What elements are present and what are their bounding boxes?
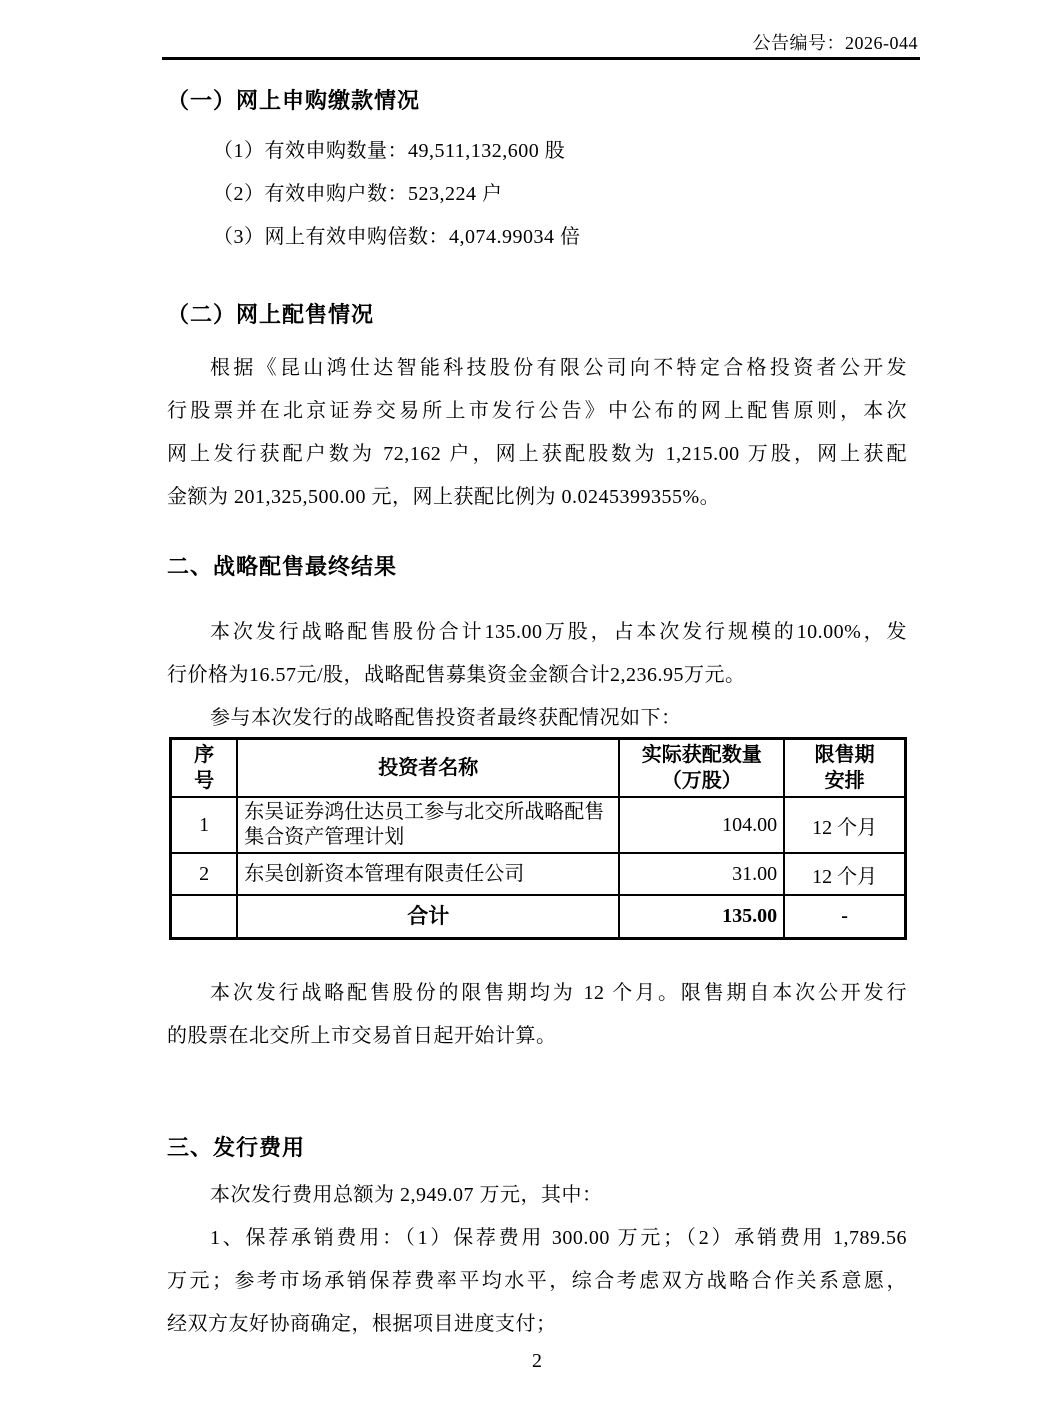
paragraph-line: 行股票并在北京证券交易所上市发行公告》中公布的网上配售原则，本次 (167, 390, 907, 433)
paragraph-line: 本次发行战略配售股份的限售期均为 12 个月。限售期自本次公开发行 (167, 972, 907, 1015)
table-header-row: 序 号 投资者名称 实际获配数量 （万股） 限售期 安排 (171, 739, 906, 798)
cell-lockup: 12 个月 (784, 853, 905, 895)
paragraph-line: 的股票在北交所上市交易首日起开始计算。 (167, 1015, 907, 1058)
paragraph-line: 网上发行获配户数为 72,162 户，网上获配股数为 1,215.00 万股，网… (167, 433, 907, 476)
cell-no: 1 (171, 797, 238, 853)
col-header-allocated-qty: 实际获配数量 （万股） (619, 739, 784, 798)
table-intro-line: 参与本次发行的战略配售投资者最终获配情况如下： (167, 697, 907, 740)
paragraph-line: 本次发行战略配售股份合计135.00万股，占本次发行规模的10.00%，发 (167, 611, 907, 654)
col-header-investor-name: 投资者名称 (237, 739, 619, 798)
section-3-paragraph-2: 本次发行战略配售股份的限售期均为 12 个月。限售期自本次公开发行 的股票在北交… (167, 972, 907, 1058)
list-item: （3）网上有效申购倍数：4,074.99034 倍 (167, 216, 907, 259)
cell-investor-name: 东吴证券鸿仕达员工参与北交所战略配售集合资产管理计划 (237, 797, 619, 853)
table-row: 2 东吴创新资本管理有限责任公司 31.00 12 个月 (171, 853, 906, 895)
paragraph-line: 1、保荐承销费用：（1）保荐费用 300.00 万元；（2）承销费用 1,789… (167, 1217, 907, 1260)
cell-total-lockup: - (784, 895, 905, 938)
table-total-row: 合计 135.00 - (171, 895, 906, 938)
cell-lockup: 12 个月 (784, 797, 905, 853)
section-2-heading: （二）网上配售情况 (167, 301, 907, 328)
cell-total-qty: 135.00 (619, 895, 784, 938)
paragraph-line: 万元；参考市场承销保荐费率平均水平，综合考虑双方战略合作关系意愿， (167, 1260, 907, 1303)
paragraph-line: 行价格为16.57元/股，战略配售募集资金金额合计2,236.95万元。 (167, 654, 907, 697)
section-4-paragraph: 本次发行费用总额为 2,949.07 万元，其中： 1、保荐承销费用：（1）保荐… (167, 1174, 907, 1346)
cell-allocated-qty: 104.00 (619, 797, 784, 853)
cell-no (171, 895, 238, 938)
table-row: 1 东吴证券鸿仕达员工参与北交所战略配售集合资产管理计划 104.00 12 个… (171, 797, 906, 853)
paragraph-line: 本次发行费用总额为 2,949.07 万元，其中： (167, 1174, 907, 1217)
list-item: （2）有效申购户数：523,224 户 (167, 173, 907, 216)
paragraph-line: 金额为 201,325,500.00 元，网上获配比例为 0.024539935… (167, 476, 907, 519)
page-number: 2 (167, 1348, 907, 1374)
paragraph-line: 根据《昆山鸿仕达智能科技股份有限公司向不特定合格投资者公开发 (167, 347, 907, 390)
header-rule (162, 57, 920, 60)
paragraph-line: 经双方友好协商确定，根据项目进度支付； (167, 1303, 907, 1346)
col-header-no: 序 号 (171, 739, 238, 798)
cell-total-label: 合计 (237, 895, 619, 938)
section-3-paragraph-1: 本次发行战略配售股份合计135.00万股，占本次发行规模的10.00%，发 行价… (167, 611, 907, 740)
section-4-heading: 三、发行费用 (167, 1134, 907, 1161)
col-header-lockup: 限售期 安排 (784, 739, 905, 798)
cell-allocated-qty: 31.00 (619, 853, 784, 895)
section-1-items: （1）有效申购数量：49,511,132,600 股 （2）有效申购户数：523… (167, 130, 907, 259)
section-1-heading: （一）网上申购缴款情况 (167, 87, 907, 114)
document-page: 公告编号：2026-044 （一）网上申购缴款情况 （1）有效申购数量：49,5… (0, 0, 1042, 1406)
strategic-allocation-table: 序 号 投资者名称 实际获配数量 （万股） 限售期 安排 1 东吴证券鸿仕达员工… (169, 737, 907, 940)
cell-investor-name: 东吴创新资本管理有限责任公司 (237, 853, 619, 895)
cell-no: 2 (171, 853, 238, 895)
section-3-heading: 二、战略配售最终结果 (167, 553, 907, 580)
section-2-paragraph: 根据《昆山鸿仕达智能科技股份有限公司向不特定合格投资者公开发 行股票并在北京证券… (167, 347, 907, 519)
list-item: （1）有效申购数量：49,511,132,600 股 (167, 130, 907, 173)
doc-number: 公告编号：2026-044 (162, 32, 918, 54)
